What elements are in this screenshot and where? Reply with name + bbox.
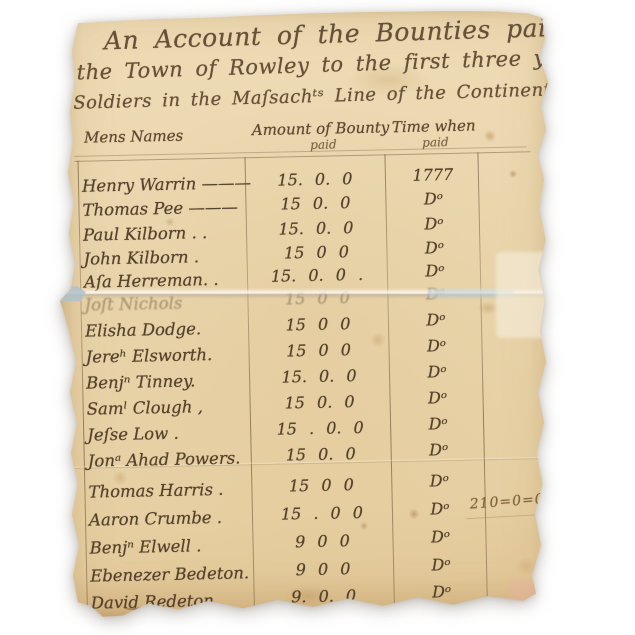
row-time: Dᵒ — [394, 309, 478, 330]
manuscript-content: An Account of the Bounties paid by the T… — [58, 8, 558, 618]
row-name: Thomas Pee ——— — [82, 197, 238, 219]
row-amount: 15. 0. 0 — [252, 217, 380, 239]
column-header-time: Time when — [392, 116, 476, 136]
row-time: 1777 — [391, 164, 475, 185]
row-time: Dᵒ — [396, 413, 480, 434]
row-name: Paul Kilborn . . — [83, 223, 208, 245]
row-name: John Kilborn . — [83, 247, 199, 268]
row-amount: 15 . 0 0 — [258, 502, 386, 524]
paper-discoloration — [510, 580, 556, 610]
row-amount: 9. 0. 0 — [259, 585, 387, 607]
row-name: Samˡ Clough , — [87, 397, 204, 418]
row-amount: 15 0. 0 — [255, 391, 383, 413]
row-time: Dᵒ — [393, 260, 477, 281]
row-name: Jonᵃ Ahad Powers. — [88, 448, 241, 470]
row-name: Elisha Dodge. — [85, 319, 201, 340]
row-name: Henry Warrin ——— — [82, 173, 251, 196]
row-time: Dᵒ — [397, 470, 481, 491]
row-time: Dᵒ — [392, 213, 476, 234]
row-time: Dᵒ — [396, 439, 480, 460]
manuscript-paper-wrap: An Account of the Bounties paid by the T… — [58, 8, 558, 618]
row-amount: 15 . 0. 0 — [256, 417, 384, 439]
row-amount: 15 0 0 — [254, 313, 382, 335]
row-time: Dᵒ — [391, 188, 475, 209]
row-time: Dᵒ — [392, 237, 476, 258]
table-rows: Henry Warrin ——— 15. 0. 0 1777 Thomas Pe… — [58, 8, 551, 13]
row-name: Aaron Crumbe . — [89, 508, 222, 530]
row-time: Dᵒ — [398, 526, 482, 547]
row-amount: 15 0 0 — [257, 474, 385, 496]
row-amount: 15 0. 0 — [251, 192, 379, 214]
document-photo: An Account of the Bounties paid by the T… — [0, 0, 635, 635]
column-header-names: Mens Names — [84, 127, 184, 147]
header-underline-bottom — [75, 151, 531, 162]
row-time: Dᵒ — [399, 581, 483, 602]
row-name: Thomas Harris . — [88, 480, 223, 502]
row-name: Benjⁿ Elwell . — [89, 536, 201, 557]
row-amount: 9 0 0 — [258, 530, 386, 552]
row-name: David Redeton . — [91, 591, 225, 613]
row-amount: 15 0. 0 — [257, 443, 385, 465]
row-name: Benjⁿ Tinney. — [86, 371, 196, 392]
row-amount: 15. 0. 0 . — [253, 264, 381, 286]
row-amount: 15. 0. 0 — [251, 168, 379, 190]
row-time: Dᵒ — [394, 335, 478, 356]
manuscript-paper: An Account of the Bounties paid by the T… — [58, 8, 558, 618]
row-time: Dᵒ — [395, 361, 479, 382]
column-header-amount: Amount of Bounty — [252, 118, 390, 139]
row-amount: 15. 0. 0 — [255, 365, 383, 387]
row-name: Ebenezer Bedeton. — [90, 563, 249, 585]
row-name: Jeſse Low . — [87, 424, 179, 445]
tape-residue-patch — [496, 252, 552, 338]
row-amount: 15 0 0 — [252, 241, 380, 263]
row-time: Dᵒ — [395, 387, 479, 408]
row-name: Jereʰ Elsworth. — [85, 345, 212, 367]
document-title-line-3: Soldiers in the Maſsachᵗˢ Line of the Co… — [73, 77, 558, 114]
row-amount: 9 0 0 — [259, 558, 387, 580]
row-time: Dᵒ — [399, 554, 483, 575]
row-amount: 15 0 0 — [254, 339, 382, 361]
